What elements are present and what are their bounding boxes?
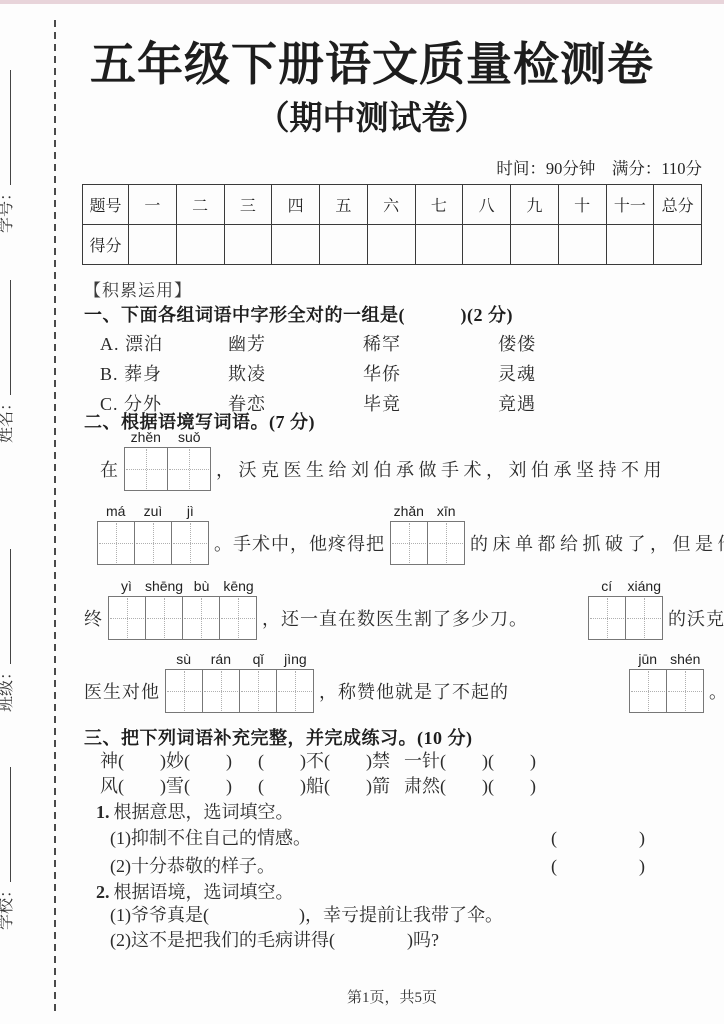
score-header-cell: 四 (272, 185, 320, 225)
q1-option-a-word: 幽芳 (228, 330, 363, 360)
q3-sub1-heading: 1.根据意思，选词填空。 (96, 798, 294, 824)
page-title: 五年级下册语文质量检测卷 (62, 28, 682, 94)
q3-sub1-text: 根据意思，选词填空。 (114, 802, 294, 822)
pinyin-label: sùránqǐjìng (165, 651, 314, 669)
score-header-cell: 十 (558, 185, 606, 225)
class-blank[interactable] (0, 549, 11, 664)
q1-option-a-word: 稀罕 (363, 330, 498, 360)
pinyin-label: mázuìjì (97, 503, 209, 521)
q3-sub2-text: 根据语境，选词填空。 (114, 882, 294, 902)
school-blank[interactable] (0, 767, 11, 882)
score-table-header-row: 题号 一 二 三 四 五 六 七 八 九 十 十一 总分 (83, 185, 702, 225)
q2-line3-post: 的沃克 (668, 609, 724, 640)
q1-option-b-word: 欺凌 (228, 360, 363, 390)
student-number-blank[interactable] (0, 70, 11, 185)
item-text: (2)十分恭敬的样子。 (110, 852, 275, 878)
q3-idiom-row-2: 风( )雪( ) ( )船( )箭 肃然( )( ) (100, 772, 536, 798)
score-input-cell[interactable] (176, 225, 224, 265)
idiom-blank[interactable]: 神( )妙( ) (100, 747, 232, 773)
q2-line4-post: 。 (709, 682, 724, 713)
answer-parens-blank[interactable]: ( ) (551, 852, 647, 878)
name-label: 姓名： (0, 395, 15, 443)
pinyin-label: yìshēngbùkēng (108, 578, 257, 596)
score-header-cell: 题号 (83, 185, 129, 225)
pinyin-label: zhěnsuǒ (124, 429, 211, 447)
score-row-label: 得分 (83, 225, 129, 265)
scan-edge-strip (0, 0, 724, 4)
idiom-blank[interactable]: 肃然( )( ) (404, 772, 536, 798)
q1-option-c-word: 毕竟 (363, 390, 498, 420)
q1-option-b-word: 灵魂 (498, 360, 536, 390)
student-number-label: 学号： (0, 185, 15, 233)
answer-box-yi-sheng-bu-keng[interactable]: yìshēngbùkēng (108, 578, 257, 640)
q3-idiom-row-1: 神( )妙( ) ( )不( )禁 一针( )( ) (100, 747, 536, 773)
footer-page-number: 第1页，共5页 (82, 986, 702, 1007)
class-label: 班级： (0, 664, 15, 712)
score-header-cell: 六 (367, 185, 415, 225)
score-table-body-row: 得分 (83, 225, 702, 265)
score-header-cell: 五 (320, 185, 368, 225)
q2-line-2: mázuìjì 。手术中，他疼得把 zhǎnxīn 的床单都给抓破了，但是他始 (97, 503, 724, 565)
section-label: 【积累运用】 (84, 276, 192, 301)
answer-box-zhen-suo[interactable]: zhěnsuǒ (124, 429, 211, 491)
q2-line-1: 在 zhěnsuǒ ，沃克医生给刘伯承做手术，刘伯承坚持不用 (100, 429, 666, 491)
q3-sub2-item-2: (2)这不是把我们的毛病讲得( )吗? (110, 926, 702, 952)
q2-line4-pre: 医生对他 (84, 682, 160, 713)
score-input-cell[interactable] (558, 225, 606, 265)
idiom-blank[interactable]: 风( )雪( ) (100, 772, 232, 798)
score-input-cell[interactable] (415, 225, 463, 265)
score-header-cell: 八 (463, 185, 511, 225)
q2-line4-mid: ，称赞他就是了不起的 (319, 682, 509, 713)
name-blank[interactable] (0, 280, 11, 395)
answer-box-ci-xiang[interactable]: cíxiáng (588, 578, 663, 640)
score-header-cell: 总分 (654, 185, 702, 225)
answer-box-jun-shen[interactable]: jūnshén (629, 651, 704, 713)
score-header-cell: 九 (511, 185, 559, 225)
idiom-blank[interactable]: ( )不( )禁 (258, 747, 390, 773)
q3-sub1-item-2: (2)十分恭敬的样子。 ( ) (110, 852, 702, 878)
score-input-cell[interactable] (224, 225, 272, 265)
q3-sub2-number: 2. (96, 882, 110, 902)
exam-subtitle: （期中测试卷） (62, 92, 682, 139)
q2-line1-post: ，沃克医生给刘伯承做手术，刘伯承坚持不用 (216, 460, 666, 491)
cut-fold-dashed-line (54, 20, 56, 1015)
q3-sub1-number: 1. (96, 802, 110, 822)
q2-line3-pre: 终 (84, 609, 103, 640)
margin-field-name: 姓名： (0, 280, 16, 443)
margin-field-class: 班级： (0, 549, 16, 712)
answer-box-zhan-xin[interactable]: zhǎnxīn (390, 503, 465, 565)
answer-box-su-ran-qi-jing[interactable]: sùránqǐjìng (165, 651, 314, 713)
q2-line2-post: 的床单都给抓破了，但是他始 (470, 534, 724, 565)
answer-parens-blank[interactable]: ( ) (551, 824, 647, 850)
item-text: (1)抑制不住自己的情感。 (110, 824, 311, 850)
score-input-cell[interactable] (654, 225, 702, 265)
answer-box-ma-zui-ji[interactable]: mázuìjì (97, 503, 209, 565)
q1-option-c-word: 竟遇 (498, 390, 536, 420)
item-text[interactable]: (2)这不是把我们的毛病讲得( )吗? (110, 926, 439, 952)
q1-options: A. 漂泊 幽芳 稀罕 偻偻 B. 葬身 欺凌 华侨 灵魂 C. 分外 眷恋 毕… (100, 330, 536, 420)
score-input-cell[interactable] (320, 225, 368, 265)
score-input-cell[interactable] (129, 225, 177, 265)
pinyin-label: cíxiáng (588, 578, 663, 596)
score-header-cell: 二 (176, 185, 224, 225)
score-input-cell[interactable] (606, 225, 654, 265)
q3-sub2-item-1: (1)爷爷真是( )，幸亏提前让我带了伞。 (110, 901, 702, 927)
item-text[interactable]: (1)爷爷真是( )，幸亏提前让我带了伞。 (110, 901, 503, 927)
q2-line1-pre: 在 (100, 460, 119, 491)
q1-heading: 一、下面各组词语中字形全对的一组是( )(2 分) (84, 301, 513, 327)
pinyin-label: zhǎnxīn (390, 503, 465, 521)
margin-field-student-number: 学号： (0, 70, 16, 233)
q1-option-a-word[interactable]: A. 漂泊 (100, 330, 228, 360)
q2-line-4: 医生对他 sùránqǐjìng ，称赞他就是了不起的 jūnshén 。 (84, 651, 724, 713)
score-input-cell[interactable] (367, 225, 415, 265)
score-input-cell[interactable] (272, 225, 320, 265)
score-header-cell: 十一 (606, 185, 654, 225)
q2-line2-mid: 。手术中，他疼得把 (214, 534, 385, 565)
score-header-cell: 一 (129, 185, 177, 225)
exam-time-score-info: 时间：90分钟 满分：110分 (82, 155, 702, 179)
q1-option-a-word: 偻偻 (498, 330, 536, 360)
score-table: 题号 一 二 三 四 五 六 七 八 九 十 十一 总分 得分 (82, 184, 702, 265)
q2-line-3: 终 yìshēngbùkēng ，还一直在数医生割了多少刀。 cíxiáng 的… (84, 578, 724, 640)
score-header-cell: 三 (224, 185, 272, 225)
q3-sub1-item-1: (1)抑制不住自己的情感。 ( ) (110, 824, 702, 850)
score-input-cell[interactable] (463, 225, 511, 265)
margin-field-school: 学校： (0, 767, 16, 930)
score-header-cell: 七 (415, 185, 463, 225)
pinyin-label: jūnshén (629, 651, 704, 669)
q1-option-b-word: 华侨 (363, 360, 498, 390)
idiom-blank[interactable]: 一针( )( ) (404, 747, 536, 773)
school-label: 学校： (0, 882, 15, 930)
idiom-blank[interactable]: ( )船( )箭 (258, 772, 390, 798)
q2-line3-mid: ，还一直在数医生割了多少刀。 (262, 609, 528, 640)
q1-option-b-word[interactable]: B. 葬身 (100, 360, 228, 390)
score-input-cell[interactable] (511, 225, 559, 265)
